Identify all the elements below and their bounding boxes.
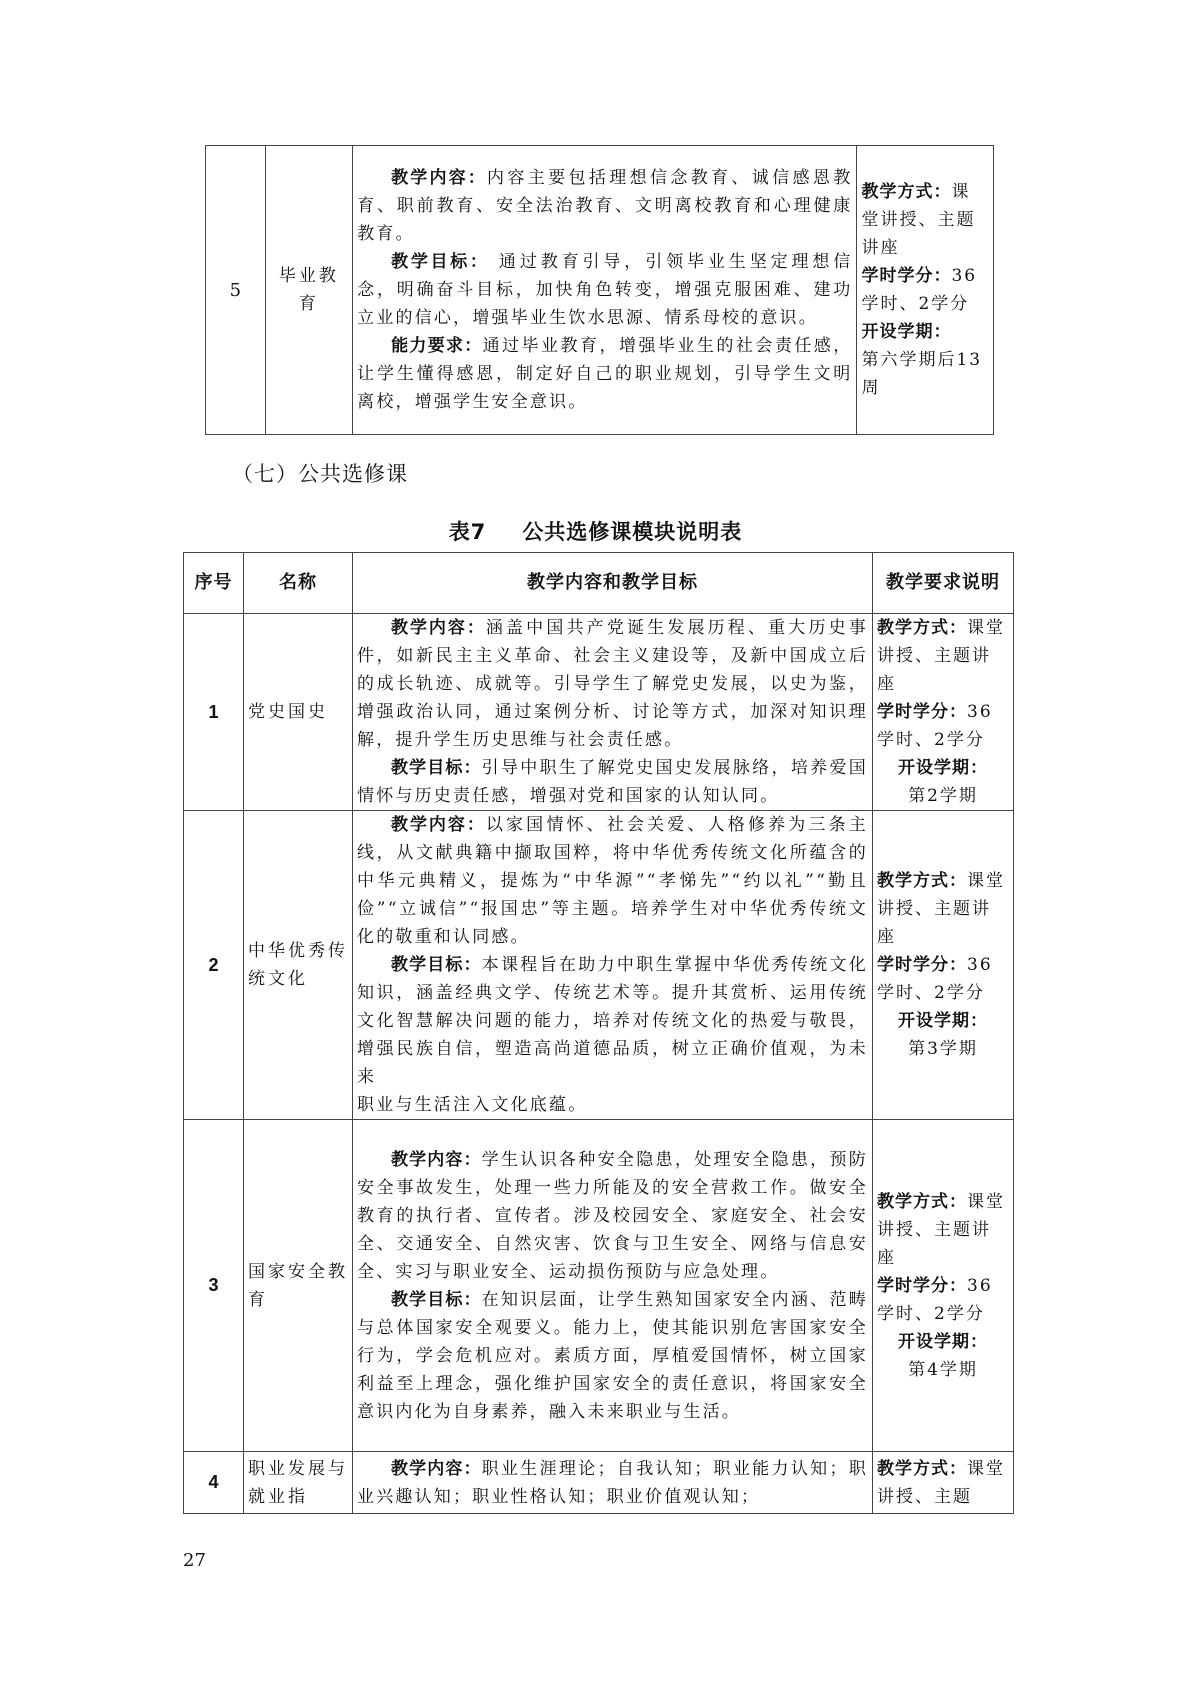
row-content: 教学内容：学生认识各种安全隐患，处理安全隐患，预防安全事故发生，处理一些力所能及… bbox=[353, 1120, 873, 1452]
table-row: 2 中华优秀传统文化 教学内容：以家国情怀、社会关爱、人格修养为三条主线，从文献… bbox=[184, 811, 1014, 1120]
header-requirements: 教学要求说明 bbox=[873, 553, 1014, 614]
row-name: 中华优秀传统文化 bbox=[244, 811, 353, 1120]
row-requirements: 教学方式：课堂讲授、主题讲座 学时学分：36学时、2学分 开设学期： 第4学期 bbox=[873, 1120, 1014, 1452]
header-name: 名称 bbox=[244, 553, 353, 614]
table-row: 3 国家安全教育 教学内容：学生认识各种安全隐患，处理安全隐患，预防安全事故发生… bbox=[184, 1120, 1014, 1452]
row-name: 党史国史 bbox=[244, 614, 353, 811]
row-content: 教学内容：涵盖中国共产党诞生发展历程、重大历史事件，如新民主主义革命、社会主义建… bbox=[353, 614, 873, 811]
table-caption: 表7公共选修课模块说明表 bbox=[0, 516, 1191, 546]
table-row: 4 职业发展与就业指 教学内容：职业生涯理论；自我认知；职业能力认知；职业兴趣认… bbox=[184, 1452, 1014, 1514]
table-header-row: 序号 名称 教学内容和教学目标 教学要求说明 bbox=[184, 553, 1014, 614]
page-number: 27 bbox=[183, 1550, 206, 1571]
row-requirements: 教学方式：课堂讲授、主题 bbox=[873, 1452, 1014, 1514]
row-index: 3 bbox=[184, 1120, 244, 1452]
row-name: 毕业教育 bbox=[265, 146, 352, 435]
row-name: 职业发展与就业指 bbox=[244, 1452, 353, 1514]
row-name: 国家安全教育 bbox=[244, 1120, 353, 1452]
row-index: 5 bbox=[206, 146, 266, 435]
previous-table: 5 毕业教育 教学内容：内容主要包括理想信念教育、诚信感恩教育、职前教育、安全法… bbox=[205, 145, 994, 435]
section-heading: （七）公共选修课 bbox=[232, 458, 408, 488]
row-requirements: 教学方式：课堂讲授、主题讲座 学时学分：36学时、2学分 开设学期： 第3学期 bbox=[873, 811, 1014, 1120]
table-row: 1 党史国史 教学内容：涵盖中国共产党诞生发展历程、重大历史事件，如新民主主义革… bbox=[184, 614, 1014, 811]
row-content: 教学内容：以家国情怀、社会关爱、人格修养为三条主线，从文献典籍中撷取国粹，将中华… bbox=[353, 811, 873, 1120]
row-requirements: 教学方式：课堂讲授、主题讲座 学时学分：36学时、2学分 开设学期： 第六学期后… bbox=[857, 146, 994, 435]
row-index: 2 bbox=[184, 811, 244, 1120]
row-content: 教学内容：内容主要包括理想信念教育、诚信感恩教育、职前教育、安全法治教育、文明离… bbox=[353, 146, 857, 435]
header-index: 序号 bbox=[184, 553, 244, 614]
row-index: 4 bbox=[184, 1452, 244, 1514]
elective-course-table: 序号 名称 教学内容和教学目标 教学要求说明 1 党史国史 教学内容：涵盖中国共… bbox=[183, 552, 1014, 1514]
header-content: 教学内容和教学目标 bbox=[353, 553, 873, 614]
row-requirements: 教学方式：课堂讲授、主题讲座 学时学分：36学时、2学分 开设学期： 第2学期 bbox=[873, 614, 1014, 811]
row-content: 教学内容：职业生涯理论；自我认知；职业能力认知；职业兴趣认知；职业性格认知；职业… bbox=[353, 1452, 873, 1514]
row-index: 1 bbox=[184, 614, 244, 811]
document-page: 5 毕业教育 教学内容：内容主要包括理想信念教育、诚信感恩教育、职前教育、安全法… bbox=[0, 0, 1191, 1684]
table-row: 5 毕业教育 教学内容：内容主要包括理想信念教育、诚信感恩教育、职前教育、安全法… bbox=[206, 146, 994, 435]
